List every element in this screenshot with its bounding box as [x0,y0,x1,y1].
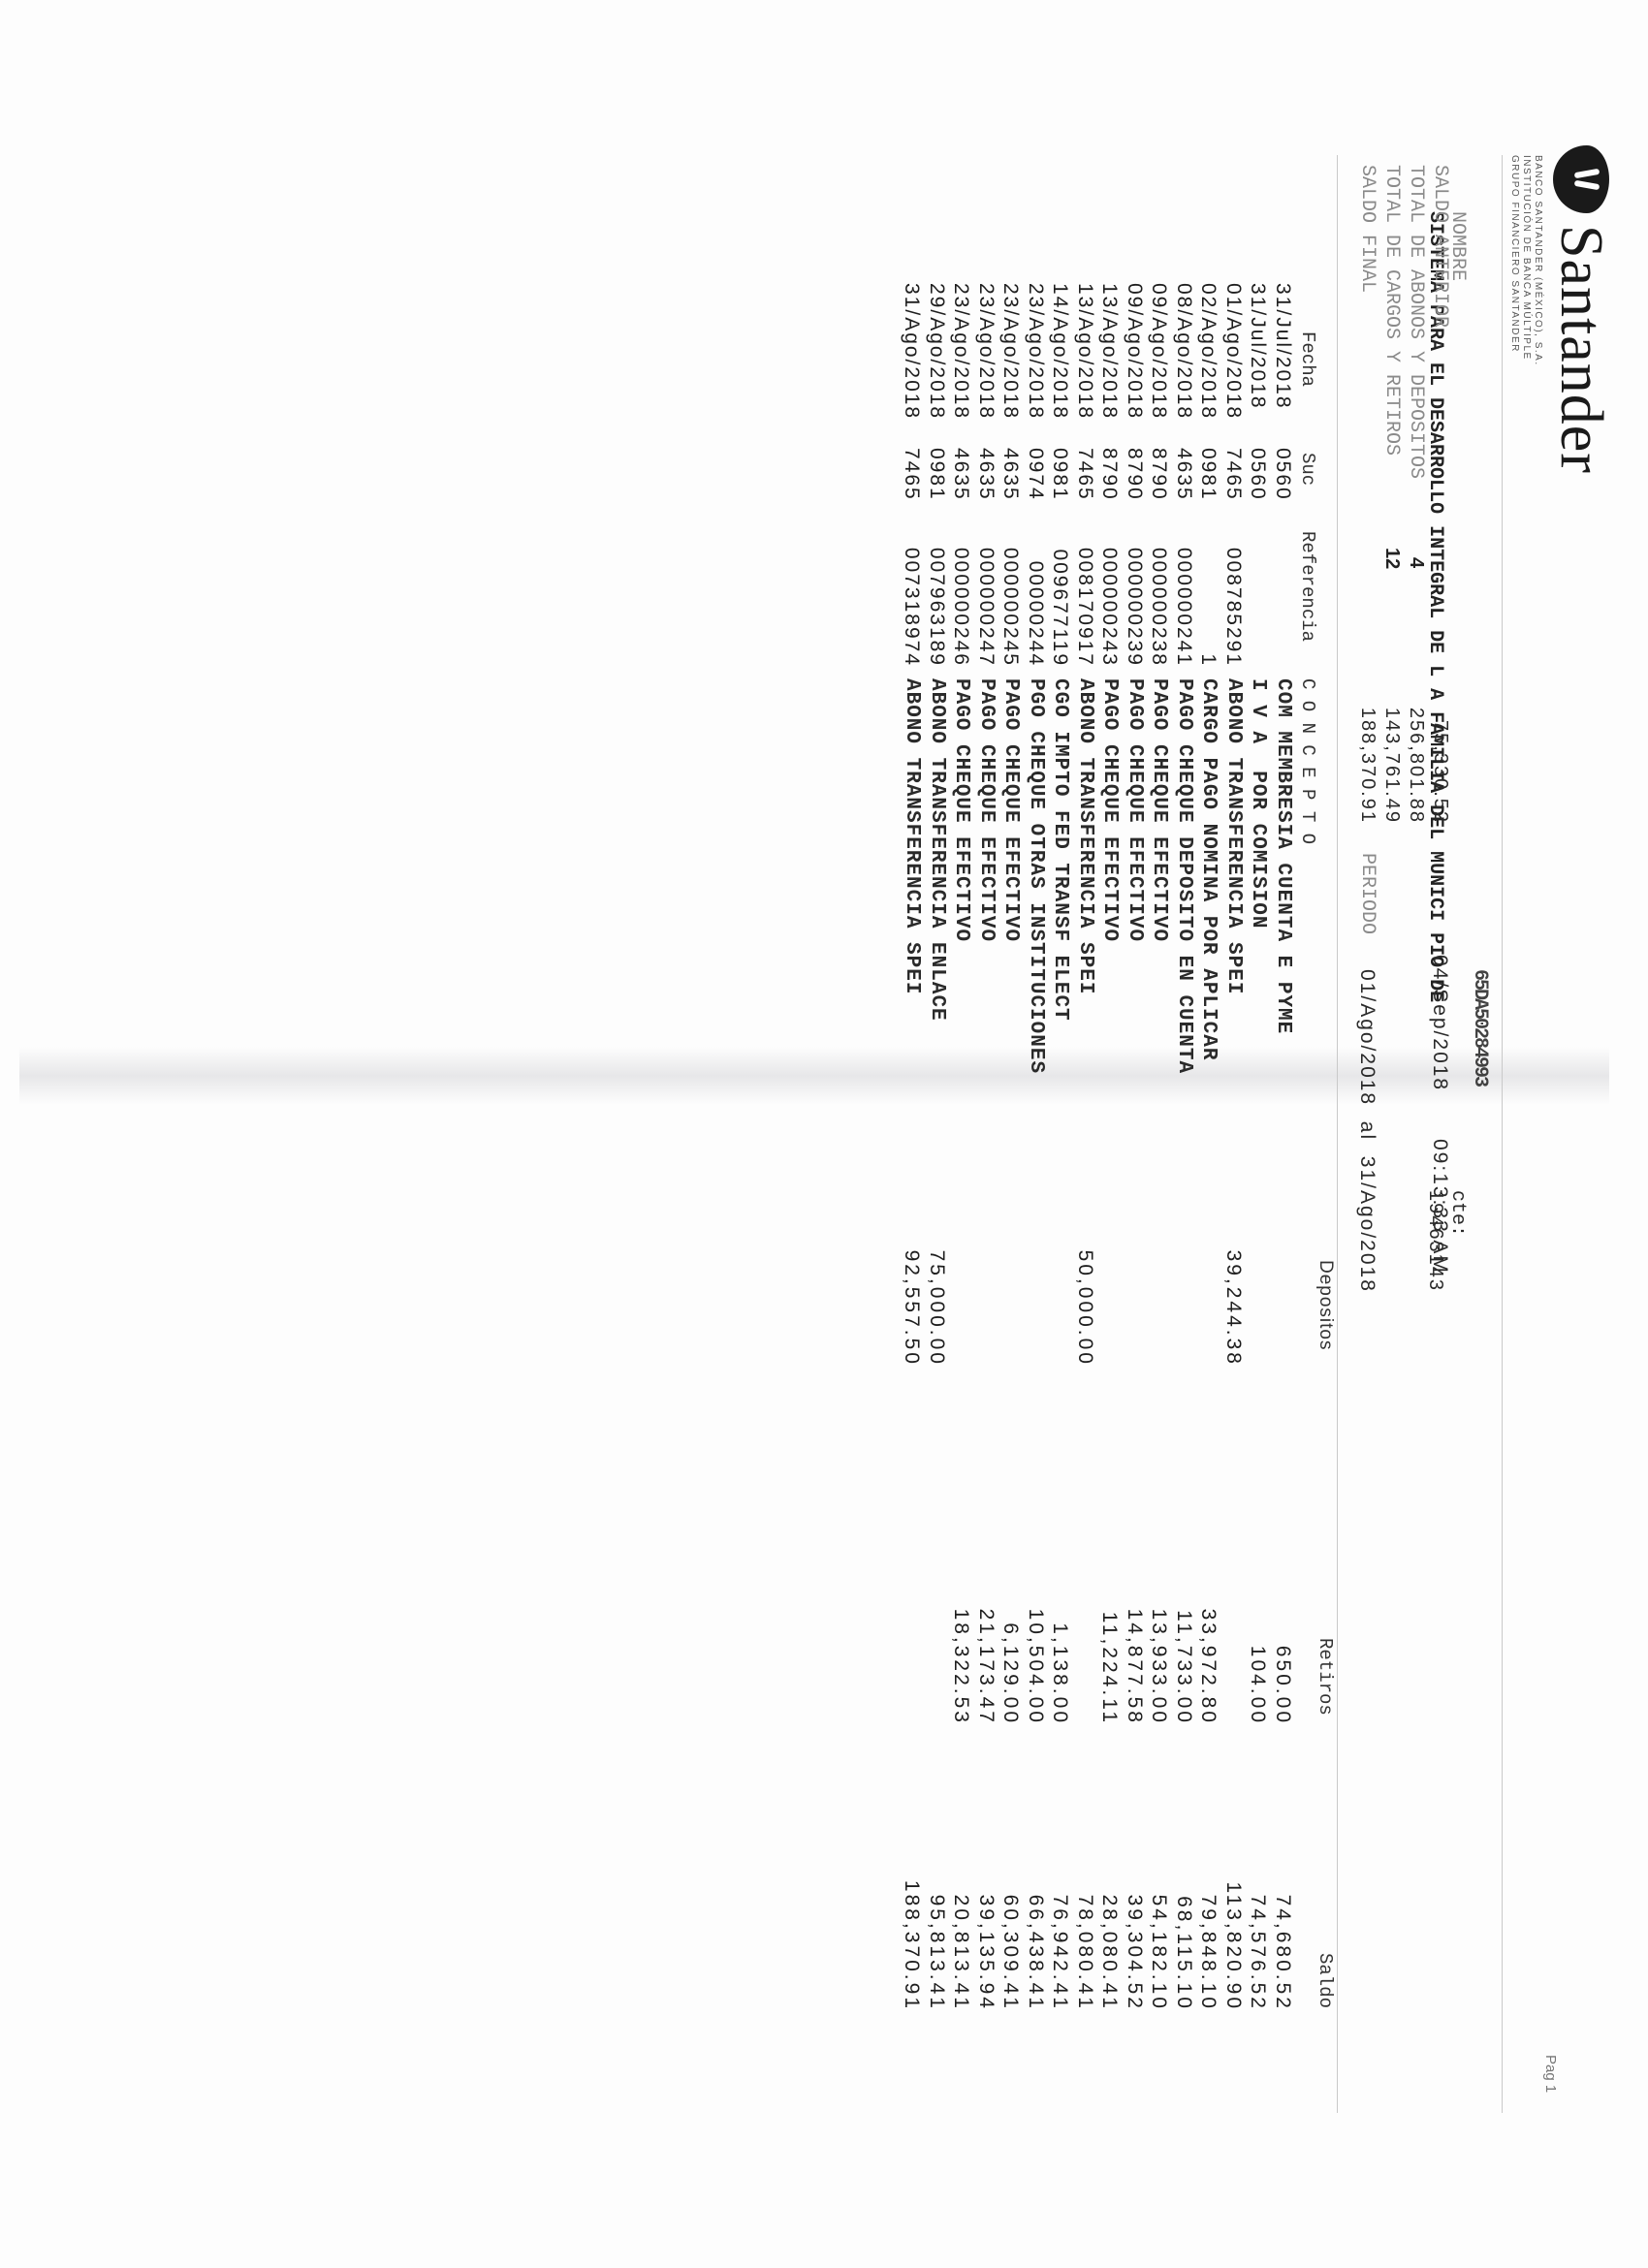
flame-icon [1553,145,1609,213]
cell-depositos: 92,557.50 [901,1202,924,1367]
cell-saldo: 68,115.10 [1172,1837,1195,2011]
cell-concepto: ABONO TRANSFERENCIA SPEI [1222,678,1245,994]
cell-saldo: 74,680.52 [1271,1837,1294,2011]
cell-saldo: 28,080.41 [1098,1837,1122,2011]
table-row: 02/Ago/2018 0981 1 CARGO PAGO NOMINA POR… [1195,0,1220,2268]
cell-suc: 7465 [901,448,924,501]
top-rule [1502,155,1503,2113]
cell-suc: 0974 [1024,448,1047,501]
table-row: 09/Ago/2018 8790 000000238 PAGO CHEQUE E… [1146,0,1171,2268]
cell-saldo: 78,080.41 [1073,1837,1096,2011]
table-row: 23/Ago/2018 4635 000000247 PAGO CHEQUE E… [972,0,998,2268]
cell-suc: 8790 [1123,448,1146,501]
cell-referencia: 000000246 [950,521,973,667]
cell-referencia: 00000244 [1024,521,1047,667]
cell-concepto: ABONO TRANSFERENCIA ENLACE [926,678,948,1022]
table-header-rule [1337,155,1338,2113]
periodo-label: PERIODO [1356,853,1379,934]
col-header-fecha: Fecha [1297,331,1318,387]
table-row: 23/Ago/2018 0974 00000244 PGO CHEQUE OTR… [1022,0,1047,2268]
cell-suc: 4635 [974,448,998,501]
cell-saldo: 66,438.41 [1024,1837,1047,2011]
cell-retiros: 14,877.58 [1123,1560,1146,1725]
cell-saldo: 113,820.90 [1221,1837,1245,2011]
total-cargos-value: 143,761.49 [1380,640,1403,824]
cell-referencia: 007963189 [925,521,948,667]
cell-referencia: 000000243 [1098,521,1122,667]
table-row: 01/Ago/2018 7465 008785291 ABONO TRANSFE… [1220,0,1245,2268]
total-cargos-label: TOTAL DE CARGOS Y RETIROS [1380,165,1403,456]
cell-fecha: 31/Jul/2018 [1271,283,1294,410]
cell-fecha: 14/Ago/2018 [1049,283,1072,420]
cell-depositos: 75,000.00 [925,1202,948,1367]
table-row: 09/Ago/2018 8790 000000239 PAGO CHEQUE E… [1121,0,1146,2268]
cell-retiros: 13,933.00 [1148,1560,1171,1725]
cell-suc: 7465 [1221,448,1245,501]
bank-legal-text: BANCO SANTANDER (MÉXICO), S.A. INSTITUCI… [1508,155,1543,366]
cell-fecha: 31/Ago/2018 [901,283,924,420]
cell-saldo: 74,576.52 [1247,1837,1270,2011]
hora-emision: 09:13:33 AM [1428,1139,1451,1275]
cell-saldo: 76,942.41 [1049,1837,1072,2011]
cell-saldo: 188,370.91 [901,1837,924,2011]
table-row: 23/Ago/2018 4635 000000246 PAGO CHEQUE E… [948,0,973,2268]
col-header-concepto: C O N C E P T O [1297,678,1318,844]
cell-retiros: 33,972.80 [1197,1560,1220,1725]
cell-fecha: 23/Ago/2018 [1024,283,1047,420]
table-row: 31/Ago/2018 7465 007318974 ABONO TRANSFE… [899,0,924,2268]
cell-fecha: 01/Ago/2018 [1221,283,1245,420]
cell-fecha: 29/Ago/2018 [925,283,948,420]
cell-retiros: 11,733.00 [1172,1560,1195,1725]
bank-logo: Santander [1551,145,1611,474]
cell-concepto: ABONO TRANSFERENCIA SPEI [902,678,924,994]
cell-retiros: 18,322.53 [950,1560,973,1725]
saldo-anterior-label: SALDO ANTERIOR [1429,165,1451,328]
periodo-value: 01/Ago/2018 al 31/Ago/2018 [1355,969,1379,1293]
legal-line: GRUPO FINANCIERO SANTANDER [1508,155,1520,366]
cell-fecha: 09/Ago/2018 [1123,283,1146,420]
cell-depositos: 39,244.38 [1221,1202,1245,1367]
cell-concepto: CARGO PAGO NOMINA POR APLICAR [1198,678,1220,1060]
bank-statement-page: Santander BANCO SANTANDER (MÉXICO), S.A.… [0,0,1648,2268]
cell-fecha: 23/Ago/2018 [950,283,973,420]
cell-referencia: 000000247 [974,521,998,667]
cell-suc: 0981 [925,448,948,501]
cell-referencia: 1 [1197,521,1220,667]
table-row: 14/Ago/2018 0981 009677119 CGO IMPTO FED… [1047,0,1072,2268]
cell-concepto: PAGO CHEQUE EFECTIVO [951,678,973,942]
saldo-final-label: SALDO FINAL [1356,165,1379,293]
account-overprint: 65DA50284993 [1469,969,1491,1086]
cell-fecha: 08/Ago/2018 [1172,283,1195,420]
total-abonos-value: 256,801.88 [1405,640,1427,824]
cell-saldo: 79,848.10 [1197,1837,1220,2011]
cell-retiros: 10,504.00 [1024,1560,1047,1725]
cell-saldo: 20,813.41 [950,1837,973,2011]
table-row: 13/Ago/2018 7465 008170917 ABONO TRANSFE… [1071,0,1096,2268]
cell-referencia: 007318974 [901,521,924,667]
saldo-anterior-value: 75,330.52 [1429,640,1451,824]
table-row: 23/Ago/2018 4635 000000245 PAGO CHEQUE E… [998,0,1023,2268]
cell-retiros: 1,138.00 [1049,1560,1072,1725]
col-header-saldo: Saldo [1315,1953,1336,2008]
col-header-depositos: Depositos [1315,1260,1336,1351]
cell-referencia: 000000245 [999,521,1023,667]
total-cargos-count: 12 [1380,548,1403,569]
cell-saldo: 60,309.41 [999,1837,1023,2011]
cell-retiros: 6,129.00 [999,1560,1023,1725]
account-name-value: SISTEMA PARA EL DESARROLLO INTEGRAL DE L… [1424,211,1446,1002]
cell-fecha: 23/Ago/2018 [999,283,1023,420]
cell-suc: 4635 [950,448,973,501]
cell-depositos: 50,000.00 [1073,1202,1096,1367]
col-header-suc: Suc [1297,453,1318,486]
cell-concepto: PAGO CHEQUE EFECTIVO [1099,678,1122,942]
total-abonos-count: 4 [1405,557,1427,568]
cell-fecha: 09/Ago/2018 [1148,283,1171,420]
cell-suc: 4635 [1172,448,1195,501]
table-row: 29/Ago/2018 0981 007963189 ABONO TRANSFE… [923,0,948,2268]
cell-fecha: 13/Ago/2018 [1098,283,1122,420]
cell-retiros: 11,224.11 [1098,1560,1122,1725]
cell-suc: 4635 [999,448,1023,501]
cell-retiros: 21,173.47 [974,1560,998,1725]
cell-concepto: ABONO TRANSFERENCIA SPEI [1074,678,1096,994]
saldo-final-value: 188,370.91 [1356,640,1379,824]
cell-referencia: 008170917 [1073,521,1096,667]
cell-fecha: 02/Ago/2018 [1197,283,1220,420]
cell-concepto: PAGO CHEQUE EFECTIVO [1149,678,1171,942]
table-row: 31/Jul/2018 0560 I V A POR COMISION 104.… [1245,0,1270,2268]
table-row: 13/Ago/2018 8790 000000243 PAGO CHEQUE E… [1096,0,1122,2268]
fecha-emision: 04/Sep/2018 [1428,955,1451,1091]
cell-retiros: 650.00 [1271,1560,1294,1725]
page-number: Pag 1 [1542,2055,1559,2093]
cell-suc: 0560 [1271,448,1294,501]
cell-referencia: 000000238 [1148,521,1171,667]
cell-concepto: COM MEMBRESIA CUENTA E PYME [1272,678,1294,1034]
cell-concepto: PAGO CHEQUE DEPOSITO EN CUENTA [1173,678,1195,1074]
cell-retiros: 104.00 [1247,1560,1270,1725]
col-header-retiros: Retiros [1315,1638,1336,1716]
table-row: 08/Ago/2018 4635 000000241 PAGO CHEQUE D… [1170,0,1195,2268]
col-header-referencia: Referencia [1297,531,1318,642]
legal-line: BANCO SANTANDER (MÉXICO), S.A. [1532,155,1543,366]
cell-fecha: 23/Ago/2018 [974,283,998,420]
cell-saldo: 39,304.52 [1123,1837,1146,2011]
cell-suc: 8790 [1098,448,1122,501]
cell-referencia: 009677119 [1049,521,1072,667]
cell-referencia: 008785291 [1221,521,1245,667]
cell-referencia: 000000239 [1123,521,1146,667]
cell-concepto: CGO IMPTO FED TRANSF ELECT [1050,678,1072,1022]
cell-suc: 8790 [1148,448,1171,501]
cell-suc: 0981 [1049,448,1072,501]
cell-saldo: 54,182.10 [1148,1837,1171,2011]
cell-suc: 0560 [1247,448,1270,501]
table-row: 31/Jul/2018 0560 COM MEMBRESIA CUENTA E … [1269,0,1294,2268]
legal-line: INSTITUCIÓN DE BANCA MÚLTIPLE [1520,155,1532,366]
cell-concepto: PGO CHEQUE OTRAS INSTITUCIONES [1025,678,1047,1074]
total-abonos-label: TOTAL DE ABONOS Y DEPOSITOS [1405,165,1427,479]
bank-brand: Santander [1551,225,1611,474]
cell-concepto: PAGO CHEQUE EFECTIVO [1124,678,1146,942]
cell-concepto: I V A POR COMISION [1248,678,1270,929]
cell-suc: 7465 [1073,448,1096,501]
cell-fecha: 13/Ago/2018 [1073,283,1096,420]
cell-saldo: 39,135.94 [974,1837,998,2011]
cell-suc: 0981 [1197,448,1220,501]
cell-referencia: 000000241 [1172,521,1195,667]
cell-saldo: 95,813.41 [925,1837,948,2011]
cell-concepto: PAGO CHEQUE EFECTIVO [1000,678,1023,942]
cell-fecha: 31/Jul/2018 [1247,283,1270,410]
cell-concepto: PAGO CHEQUE EFECTIVO [975,678,998,942]
